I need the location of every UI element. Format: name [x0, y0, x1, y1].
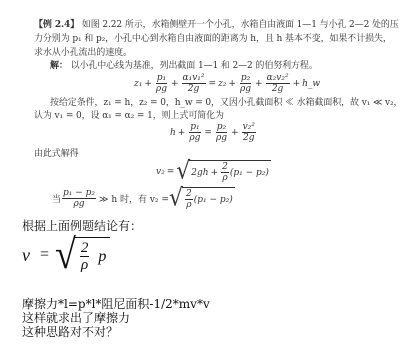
solve-label: 由此式解得	[34, 149, 79, 160]
example-line-1: 【例 2.4】 如图 2.22 所示，水箱侧壁开一个小孔，水箱自由液面 1—1 …	[34, 20, 399, 31]
question-line-2: 这样就求出了摩擦力	[22, 311, 130, 326]
p1-over-rhog: p₁ ρg	[155, 73, 168, 94]
a2v2-over-2g: α₂v₂² 2g	[266, 73, 290, 94]
when-condition: 当 p₁ − p₂ρg ≫ h 时，有 v₂ = √ 2ρ (p₁ − p₂)	[52, 187, 235, 210]
velocity-formula: v = √ 2ρ p	[22, 236, 110, 274]
sqrt-icon: √ 2ρ (p₁ − p₂)	[169, 187, 235, 210]
example-line-3: 求水从小孔流出的速度。	[34, 48, 132, 59]
a1v1-over-2g: α₁v₁² 2g	[182, 73, 206, 94]
z1: z₁	[134, 79, 142, 89]
example-label: 【例 2.4】	[34, 20, 79, 30]
question-line-1: 摩擦力*l=p*l*阻尼面积-1/2*mv*v	[22, 297, 210, 312]
example-text-1: 如图 2.22 所示，水箱侧壁开一个小孔，水箱自由液面 1—1 与小孔 2—2 …	[82, 20, 399, 30]
conclusion-text: 根据上面例题结论有：	[22, 219, 142, 234]
sqrt-icon: √ 2ρ p	[55, 236, 110, 274]
z2: z₂	[218, 79, 226, 89]
example-line-2: 力分别为 p₁ 和 p₂，小孔中心到水箱自由液面的距离为 h，且 h 基本不变，…	[34, 34, 392, 45]
solution-intro: 解： 以小孔中心线为基准，列出截面 1—1 和 2—2 的伯努利方程。	[50, 61, 318, 72]
question-line-3: 这种思路对不对？	[22, 325, 118, 340]
conditions-line-2: 认为 v₁ = 0，设 α₁ = α₂ = 1，则上式可简化为	[34, 111, 224, 122]
bernoulli-equation: z₁ + p₁ ρg + α₁v₁² 2g = z₂ + p₂ ρg + α₂v…	[134, 73, 320, 94]
result-equation: v₂ = √ 2gh + 2ρ (p₁ − p₂)	[156, 160, 271, 183]
hw: h_w	[302, 79, 320, 89]
sqrt-icon: √ 2gh + 2ρ (p₁ − p₂)	[176, 160, 271, 183]
p2-over-rhog: p₂ ρg	[239, 73, 252, 94]
simplified-equation: h + p₁ρg = p₂ρg + v₂²2g	[170, 122, 257, 143]
solution-intro-text: 以小孔中心线为基准，列出截面 1—1 和 2—2 的伯努利方程。	[71, 61, 318, 71]
solution-label: 解：	[50, 61, 68, 71]
conditions-line-1: 按给定条件，z₁ = h，z₂ = 0，h_w = 0，又因小孔截面积 ≪ 水箱…	[50, 98, 400, 109]
